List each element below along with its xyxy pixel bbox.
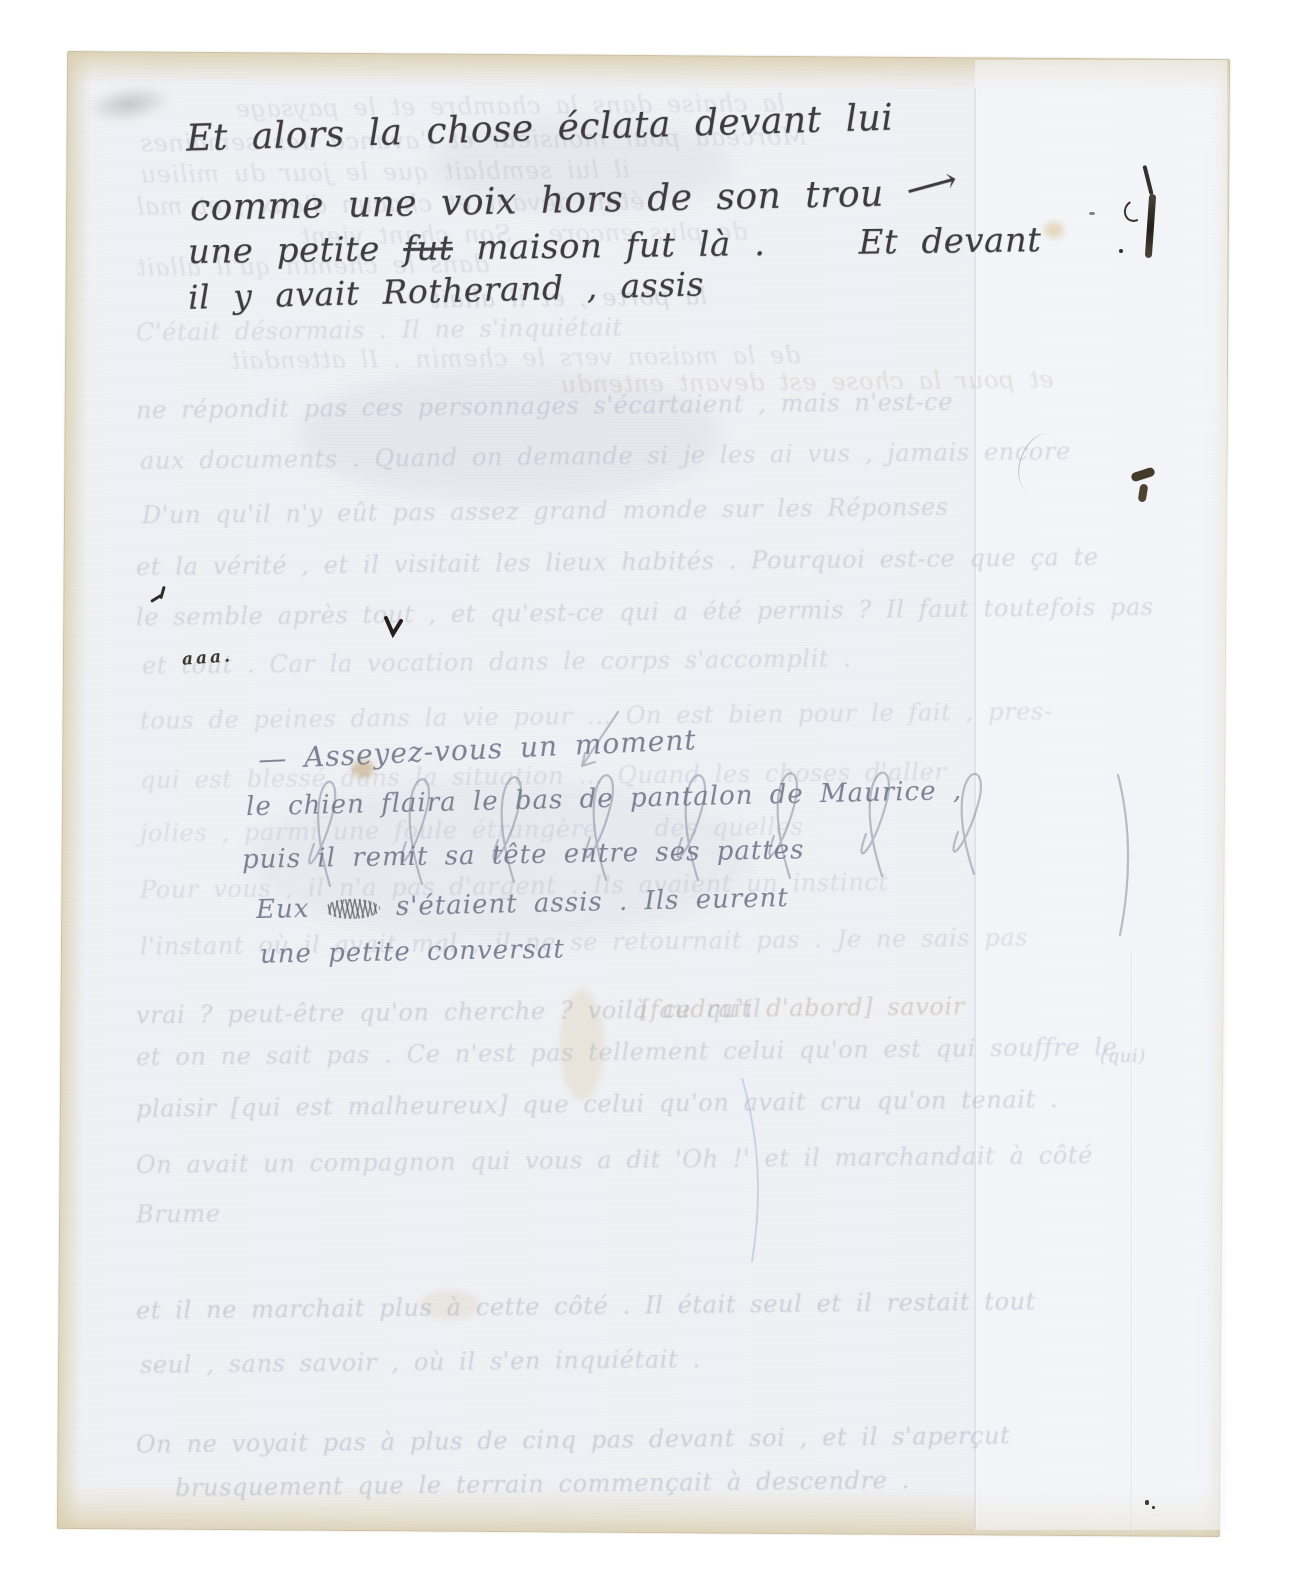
paper-right-band <box>975 60 1227 1530</box>
ink-line-3-pre: une petite <box>188 229 404 272</box>
ink-scrawl: aaa. <box>181 646 233 670</box>
ink-check-mark <box>382 614 406 640</box>
scribbled-out-word <box>326 898 380 919</box>
ink-struck-word: fut <box>403 228 453 269</box>
manuscript-scan: la chaise dans la chambre et le paysageM… <box>0 0 1290 1590</box>
pencil-line-conversat: une petite conversat <box>260 934 565 969</box>
pencil-line-eux-pre: Eux <box>256 893 326 925</box>
ink-line-3-post: maison fut là . Et devant <box>453 220 1042 268</box>
